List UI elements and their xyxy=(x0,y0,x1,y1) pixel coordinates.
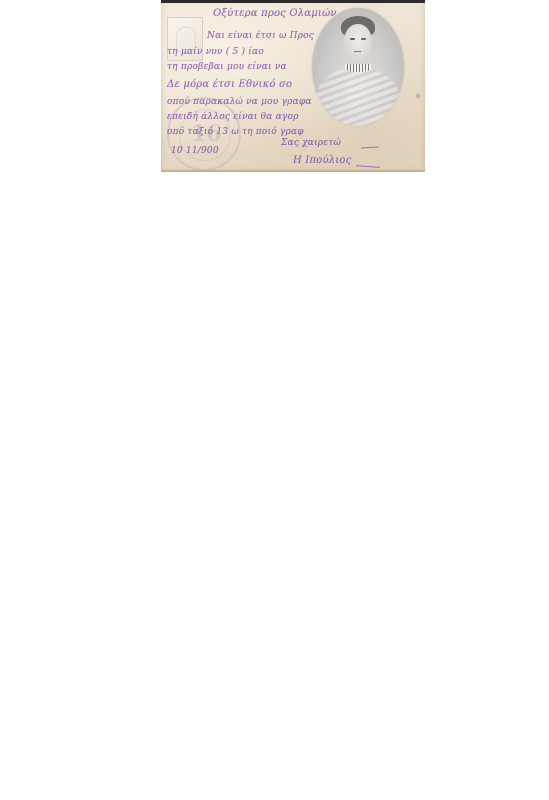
portrait-eye-right xyxy=(361,38,366,40)
handwriting-line: Δε μόρα έτσι Εθνικό σο xyxy=(167,79,292,90)
pen-stroke xyxy=(361,147,379,149)
handwritten-date: 10 11/900 xyxy=(171,146,219,156)
handwriting-line: οπό ταξιό 13 ω τη ποιό γραφ xyxy=(167,127,304,137)
paper-stain xyxy=(415,92,421,100)
handwriting-line: Ναι είναι έτσι ω Προς xyxy=(207,31,314,41)
handwritten-signature: Η Ιπούλιος xyxy=(293,155,351,166)
postcard: 16 Οξύτερα προς Ολαμιών Ναι είναι έτσι ω… xyxy=(161,0,425,172)
oval-portrait-photo xyxy=(312,8,404,126)
portrait-mouth xyxy=(354,51,361,52)
portrait-dress xyxy=(316,68,400,126)
pen-stroke xyxy=(356,165,380,168)
handwriting-line: τη μαίν νυν ( 5 ) ίαο xyxy=(167,47,264,57)
scan-top-edge xyxy=(161,0,425,3)
handwriting-line: οπού παρακαλώ να μου γραφα xyxy=(167,97,312,107)
handwriting-line: επειδή άλλος είναι θα αγορ xyxy=(167,112,299,122)
handwriting-line: τη προβεβαι μου είναι να xyxy=(167,62,287,72)
portrait-face xyxy=(344,24,372,60)
portrait-necklace xyxy=(345,64,371,72)
handwriting-line-heading: Οξύτερα προς Ολαμιών xyxy=(213,8,337,19)
scan-bottom-edge xyxy=(161,170,425,172)
portrait-eye-left xyxy=(350,38,355,40)
handwriting-closing: Σας χαιρετώ xyxy=(281,138,341,148)
